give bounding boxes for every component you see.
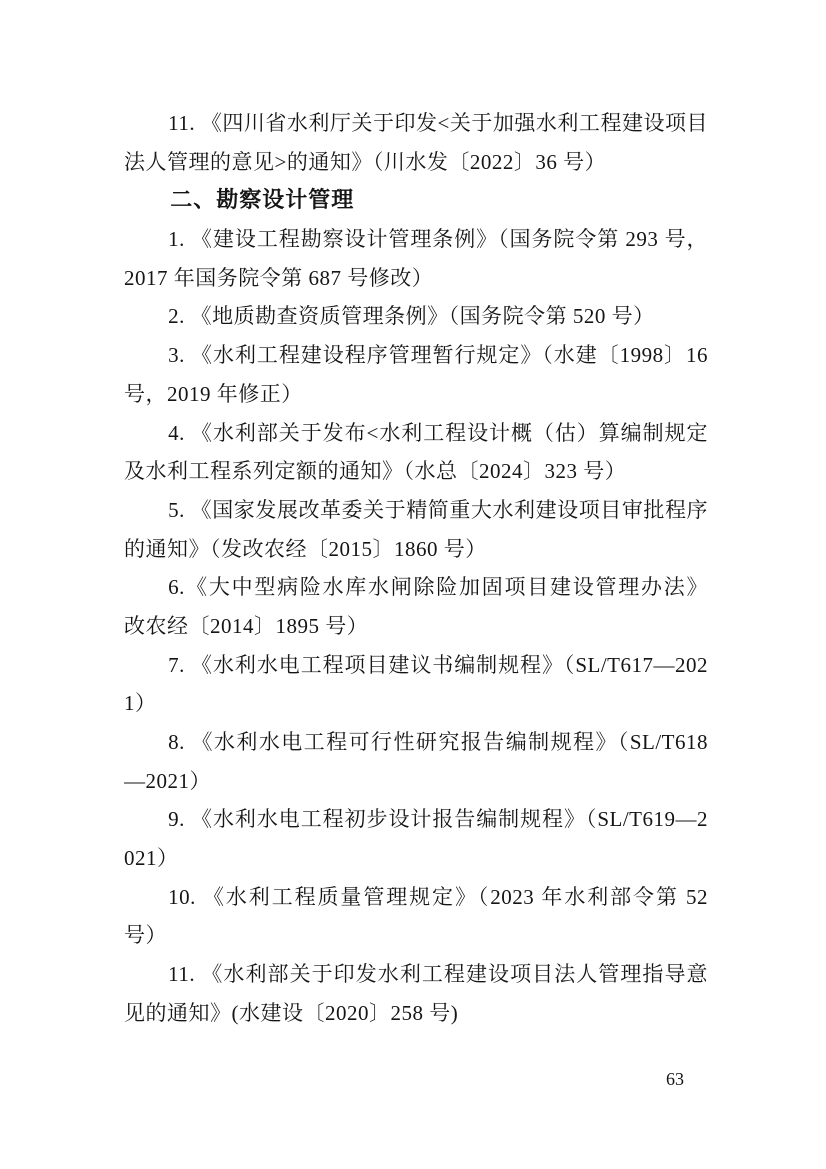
- document-line: 021）: [124, 839, 708, 878]
- document-line: 及水利工程系列定额的通知》（水总〔2024〕323 号）: [124, 452, 708, 491]
- document-line: 改农经〔2014〕1895 号）: [124, 607, 708, 646]
- document-line: 3. 《水利工程建设程序管理暂行规定》（水建〔1998〕16: [124, 336, 708, 375]
- document-line: 11. 《水利部关于印发水利工程建设项目法人管理指导意: [124, 955, 708, 994]
- document-line: 7. 《水利水电工程项目建议书编制规程》（SL/T617—202: [124, 646, 708, 685]
- document-line: 11. 《四川省水利厅关于印发<关于加强水利工程建设项目: [124, 104, 708, 143]
- page-number: 63: [666, 1067, 684, 1091]
- document-line: 6.《大中型病险水库水闸除险加固项目建设管理办法》(发: [124, 568, 708, 607]
- document-line: 2. 《地质勘查资质管理条例》（国务院令第 520 号）: [124, 297, 708, 336]
- document-line: 号，2019 年修正）: [124, 375, 708, 414]
- document-line: 1. 《建设工程勘察设计管理条例》（国务院令第 293 号，: [124, 220, 708, 259]
- document-line: 4. 《水利部关于发布<水利工程设计概（估）算编制规定>: [124, 414, 708, 453]
- section-heading: 二、勘察设计管理: [124, 181, 708, 220]
- document-line: 9. 《水利水电工程初步设计报告编制规程》（SL/T619—2: [124, 800, 708, 839]
- document-line: 8. 《水利水电工程可行性研究报告编制规程》（SL/T618: [124, 723, 708, 762]
- document-line: —2021）: [124, 762, 708, 801]
- document-line: 10. 《水利工程质量管理规定》（2023 年水利部令第 52: [124, 878, 708, 917]
- document-line: 的通知》（发改农经〔2015〕1860 号）: [124, 530, 708, 569]
- document-line: 5. 《国家发展改革委关于精简重大水利建设项目审批程序: [124, 491, 708, 530]
- document-line: 1）: [124, 684, 708, 723]
- document-lines: 11. 《四川省水利厅关于印发<关于加强水利工程建设项目法人管理的意见>的通知》…: [124, 104, 708, 1033]
- document-line: 法人管理的意见>的通知》（川水发〔2022〕36 号）: [124, 143, 708, 182]
- document-line: 号）: [124, 916, 708, 955]
- document-line: 见的通知》(水建设〔2020〕258 号): [124, 994, 708, 1033]
- document-page: 11. 《四川省水利厅关于印发<关于加强水利工程建设项目法人管理的意见>的通知》…: [0, 0, 826, 1169]
- document-line: 2017 年国务院令第 687 号修改）: [124, 259, 708, 298]
